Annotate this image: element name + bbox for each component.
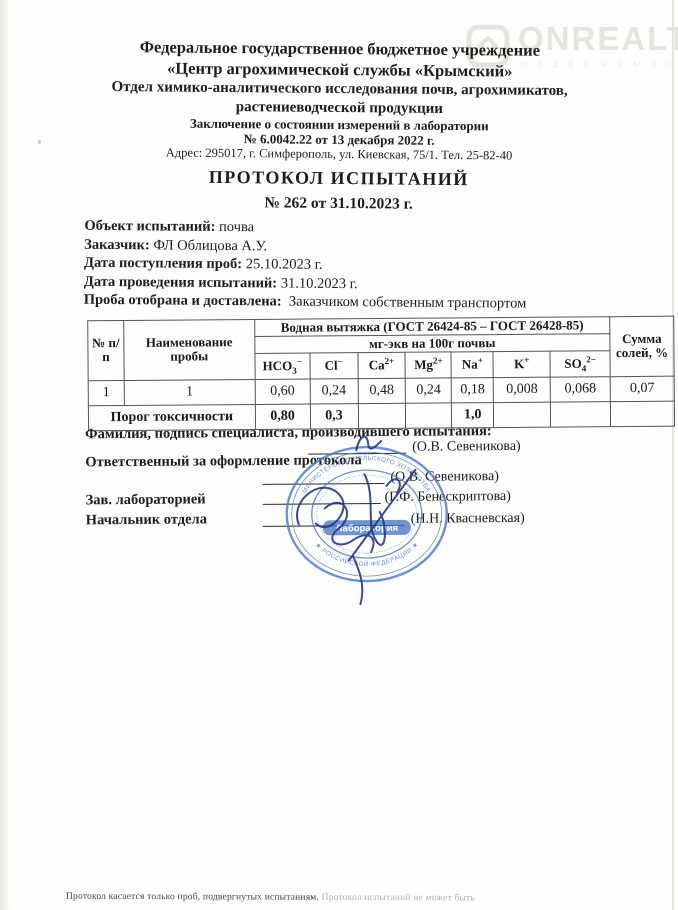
col-header-sample-name: Наименование пробы: [124, 319, 255, 380]
footer-note-main: Протокол касается только проб, подвергну…: [66, 892, 319, 903]
stamp-center-text: Лаборатория: [336, 523, 399, 534]
document-page: ONREALT Н Е Д В И Ж И М О С Т И Федераль…: [0, 0, 678, 910]
cell-na: 0,18: [452, 378, 494, 403]
col-header-cl: Cl−: [310, 353, 358, 379]
col-header-salt-sum: Сумма солей, %: [610, 316, 674, 376]
col-header-na: Na+: [451, 352, 493, 378]
col-header-so4: SO42−: [550, 351, 610, 377]
cell-cl: 0,24: [310, 379, 358, 404]
col-header-hco3: HCO3−: [255, 353, 310, 379]
lab-head-label: Зав. лабораторией: [86, 491, 206, 509]
cell-threshold-k: [494, 402, 551, 427]
svg-text:★ РОССИЙСКОЙ ФЕДЕРАЦИИ ★: ★ РОССИЙСКОЙ ФЕДЕРАЦИИ ★: [314, 541, 421, 569]
cell-row-num: 1: [88, 380, 124, 405]
cell-hco3: 0,60: [255, 379, 310, 404]
results-section: № п/п Наименование пробы Водная вытяжка …: [0, 0, 678, 910]
col-header-ca: Ca2+: [357, 352, 405, 378]
stamp-rim-bottom-text: ★ РОССИЙСКОЙ ФЕДЕРАЦИИ ★: [314, 541, 421, 569]
col-header-num: № п/п: [88, 321, 124, 381]
cell-threshold-sum: [610, 401, 674, 427]
cell-salt-sum: 0,07: [610, 376, 674, 402]
col-header-k: K+: [493, 351, 550, 377]
cell-threshold-so4: [551, 402, 611, 427]
cell-sample-name: 1: [124, 379, 255, 405]
col-header-mg: Mg2+: [405, 352, 451, 378]
cell-k: 0,008: [493, 377, 550, 402]
results-table: № п/п Наименование пробы Водная вытяжка …: [87, 316, 675, 432]
cell-mg: 0,24: [406, 378, 452, 403]
cell-so4: 0,068: [550, 377, 610, 402]
ministry-stamp: МИНИСТЕРСТВО СЕЛЬСКОГО ХОЗЯЙСТВА ★ РОССИ…: [268, 427, 570, 629]
footer-note-faint: Протокол испытаний не может быть: [319, 893, 475, 904]
cell-ca: 0,48: [358, 378, 406, 403]
dept-head-label: Начальник отдела: [86, 511, 207, 529]
